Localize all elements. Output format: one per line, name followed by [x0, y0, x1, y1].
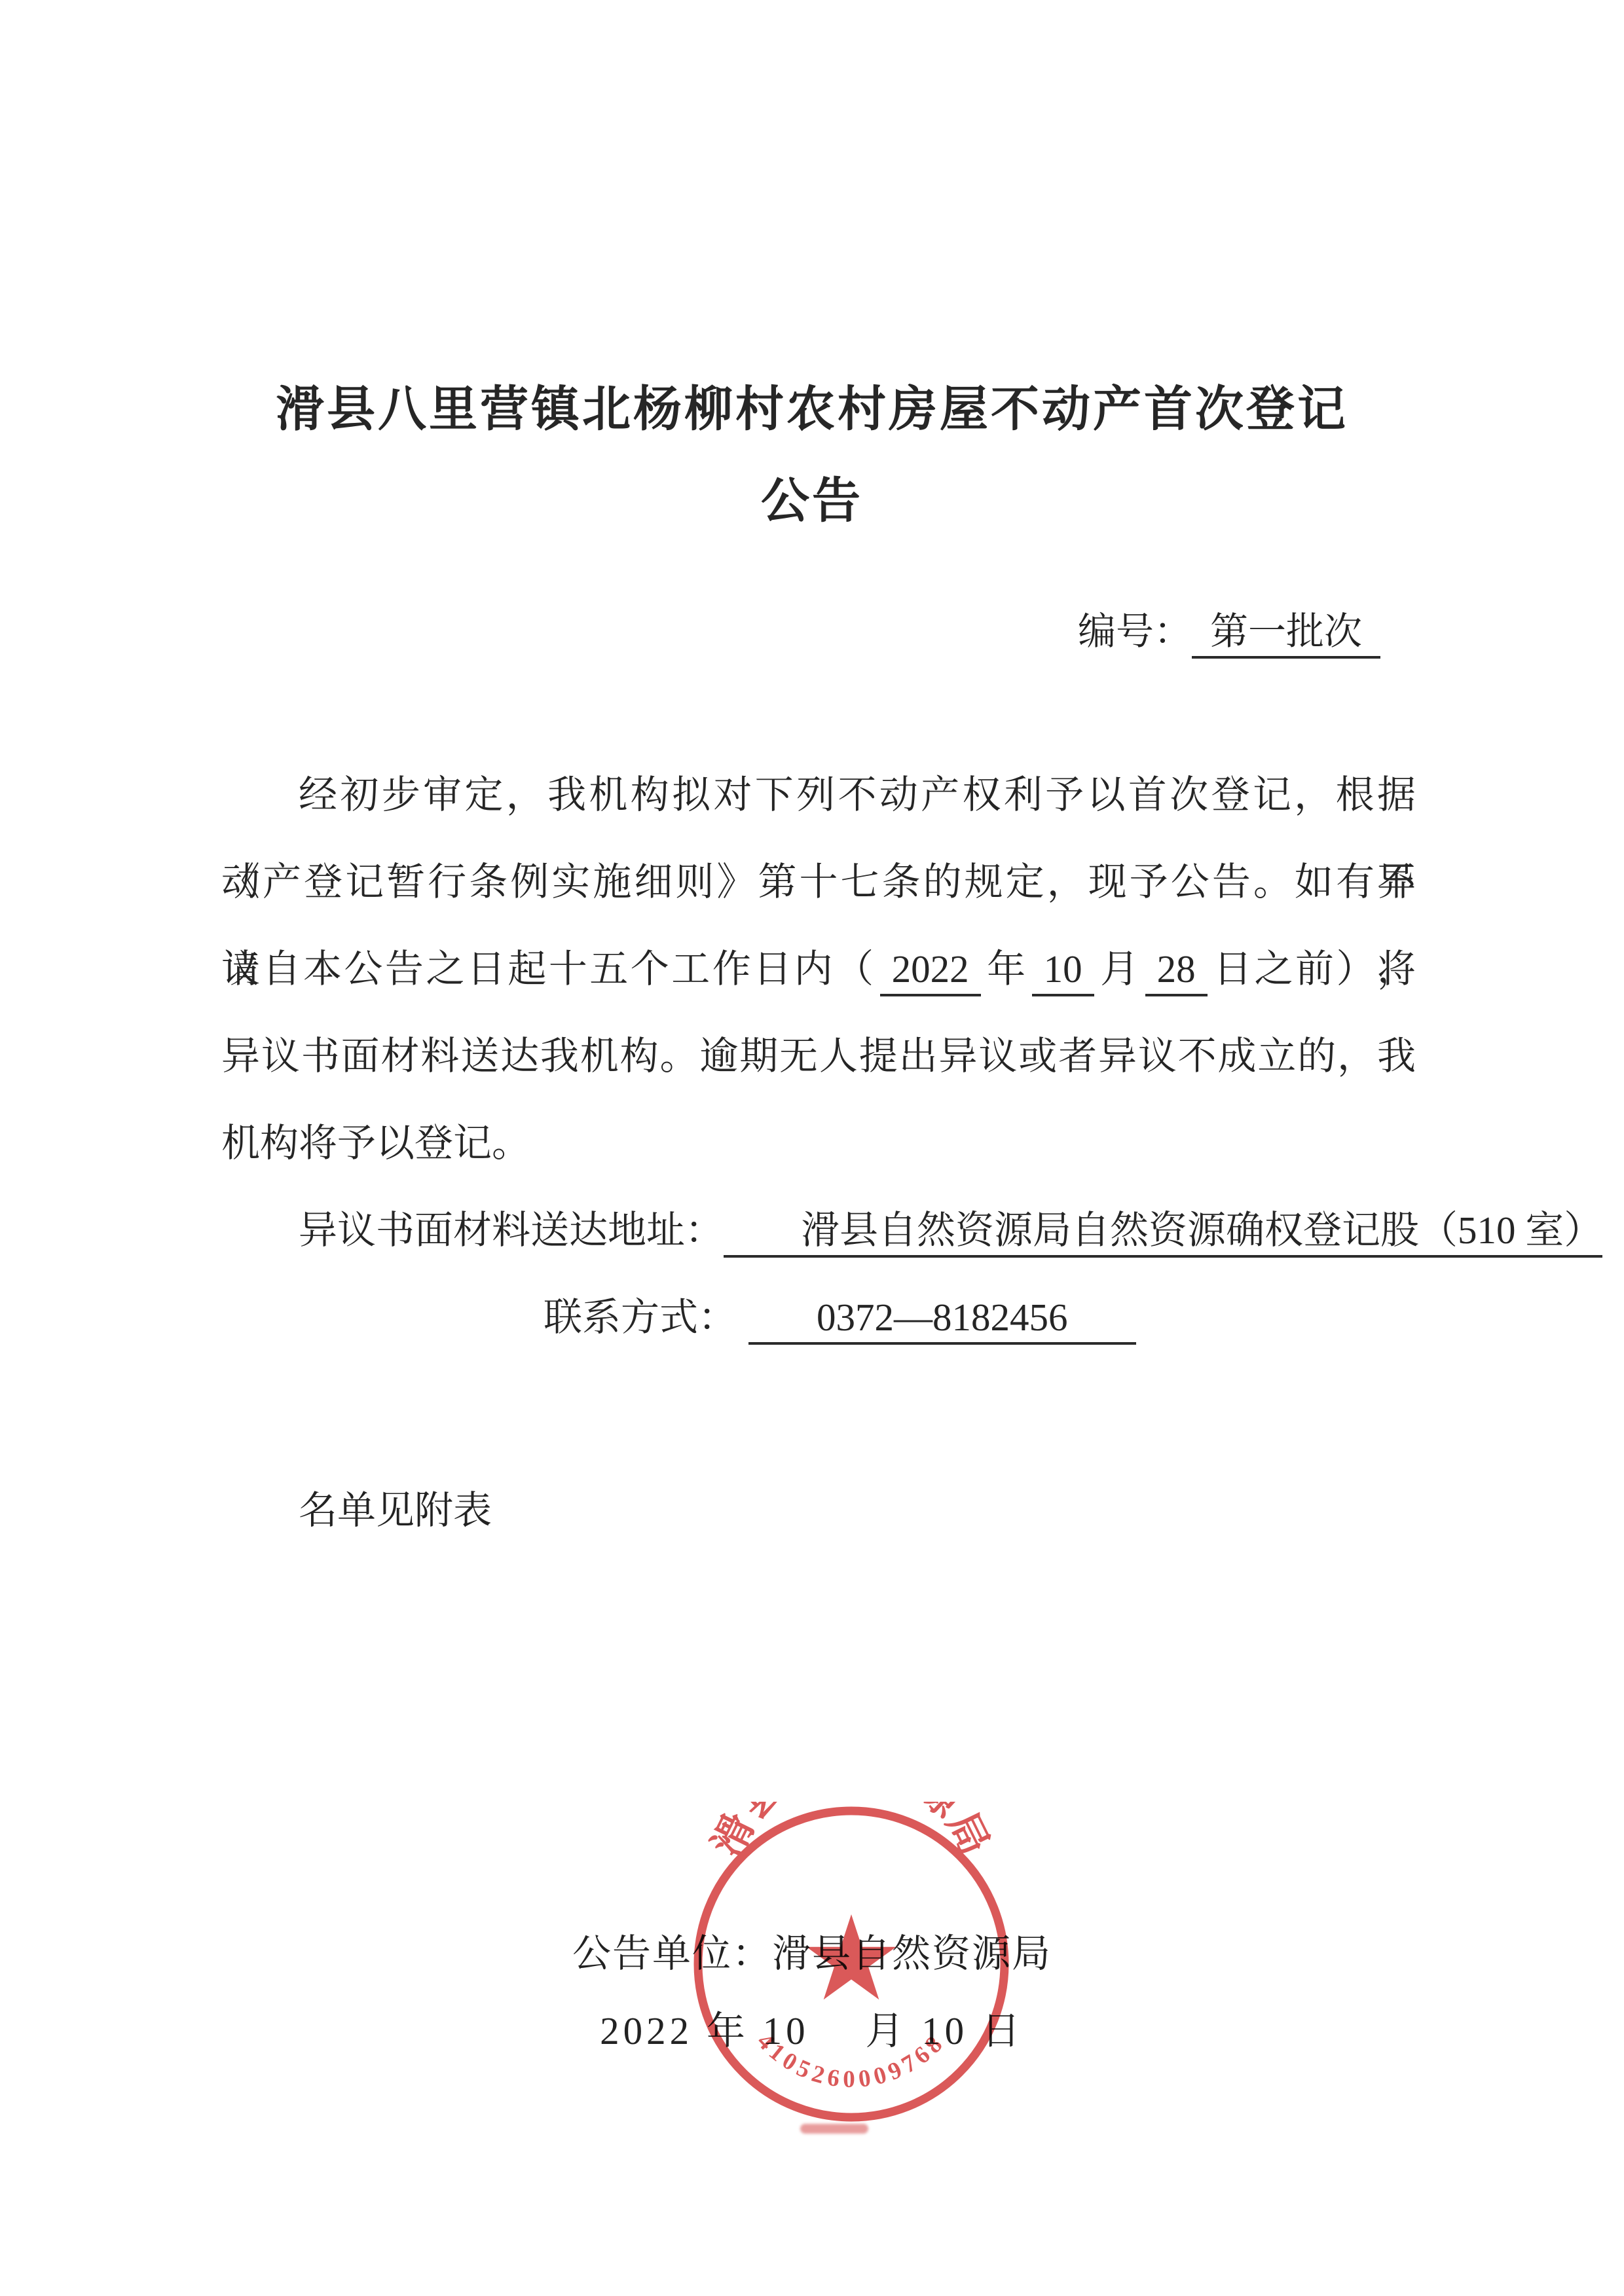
- official-seal: 滑县自然资源局 4105260009768: [689, 1802, 1014, 2126]
- para-line-5: 机构将予以登记。: [221, 1100, 1416, 1187]
- para-line-4: 异议书面材料送达我机构。逾期无人提出异议或者异议不成立的，我: [221, 1013, 1416, 1100]
- deadline-year-field: 2022: [880, 945, 981, 996]
- serial-row: 编号：第一批次: [1078, 588, 1380, 675]
- seal-number: 4105260009768: [752, 2028, 951, 2093]
- announcement-document: 滑县八里营镇北杨柳村农村房屋不动产首次登记 公告 编号：第一批次 经初步审定，我…: [0, 0, 1624, 2296]
- para-line-3-post: 日之前）将: [1211, 947, 1416, 991]
- seal-star-icon: [807, 1914, 896, 1999]
- svg-text:4105260009768: 4105260009768: [752, 2028, 951, 2093]
- address-row: 异议书面材料送达地址：滑县自然资源局自然资源确权登记股（510 室）: [221, 1187, 1416, 1274]
- para-line-2: 动产登记暂行条例实施细则》第十七条的规定，现予公告。如有异议，: [221, 839, 1416, 926]
- para-line-3: 请自本公告之日起十五个工作日内（2022年10月28日之前）将: [221, 926, 1416, 1013]
- deadline-month-field: 10: [1032, 945, 1094, 996]
- para-line-1: 经初步审定，我机构拟对下列不动产权利予以首次登记，根据《不: [221, 752, 1416, 839]
- deadline-day-field: 28: [1145, 945, 1208, 996]
- serial-value: 第一批次: [1192, 608, 1380, 659]
- contact-label: 联系方式：: [544, 1296, 737, 1339]
- serial-label: 编号：: [1078, 610, 1192, 653]
- month-unit: 月: [1098, 947, 1141, 991]
- address-value: 滑县自然资源局自然资源确权登记股（510 室）: [724, 1207, 1602, 1258]
- contact-row: 联系方式：0372—8182456: [221, 1274, 1416, 1361]
- body-paragraph: 经初步审定，我机构拟对下列不动产权利予以首次登记，根据《不 动产登记暂行条例实施…: [221, 752, 1416, 1361]
- page-subtitle: 公告: [0, 473, 1624, 528]
- address-label: 异议书面材料送达地址：: [299, 1209, 724, 1252]
- attachment-note: 名单见附表: [221, 1467, 492, 1554]
- contact-value: 0372—8182456: [748, 1294, 1136, 1345]
- para-line-3-pre: 请自本公告之日起十五个工作日内（: [221, 947, 876, 991]
- seal-ink-smudge: [800, 2124, 868, 2134]
- year-unit: 年: [985, 947, 1028, 991]
- page-title: 滑县八里营镇北杨柳村农村房屋不动产首次登记: [0, 381, 1624, 437]
